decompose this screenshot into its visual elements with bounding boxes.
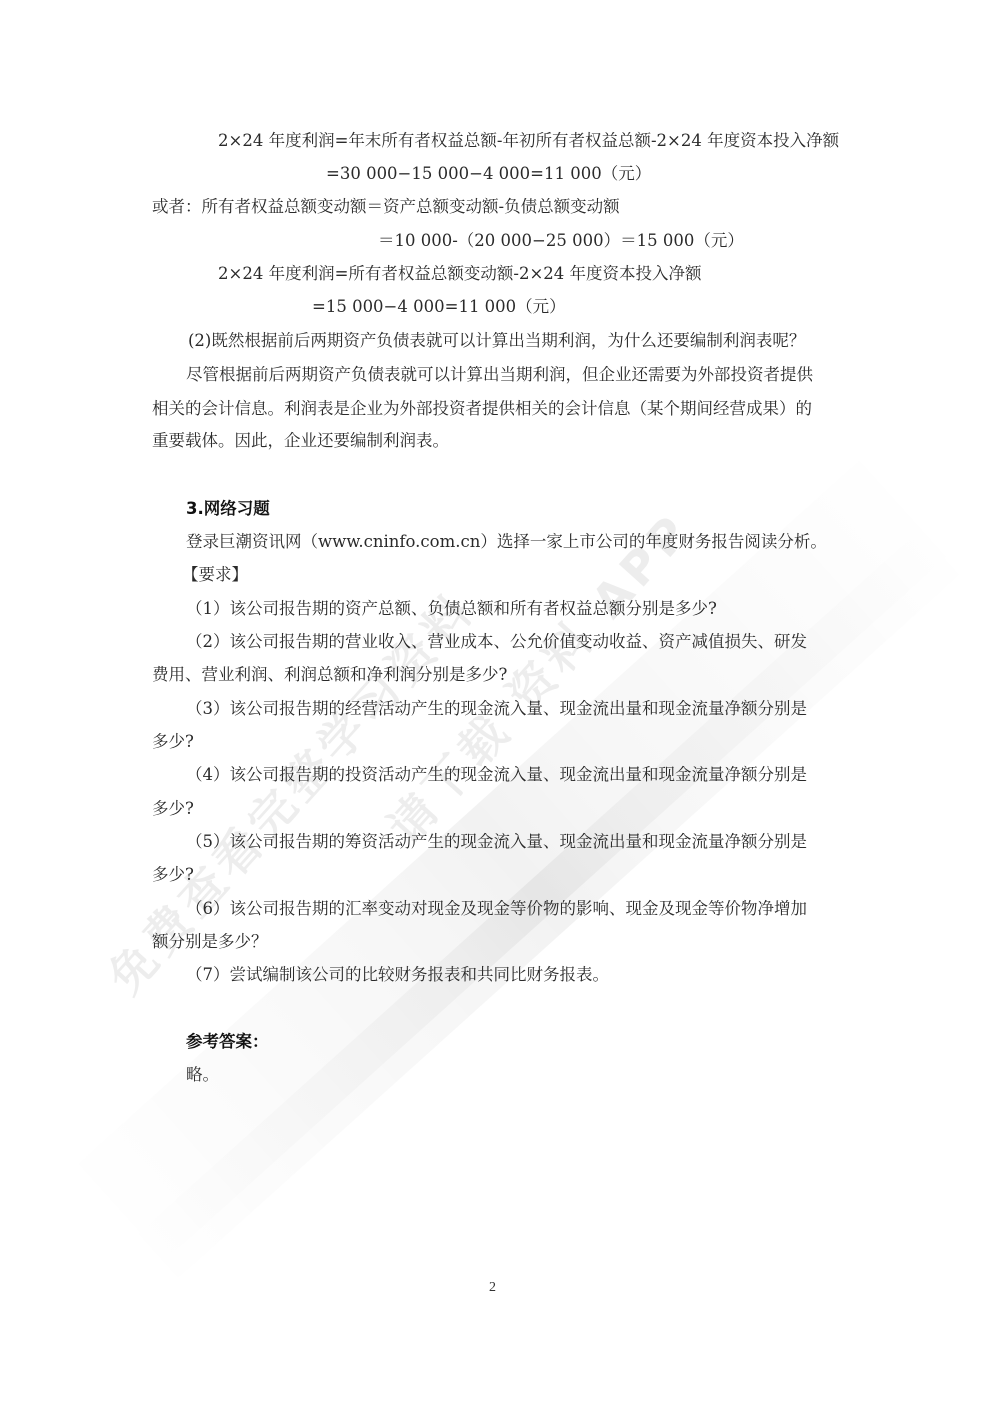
answer-line: 尽管根据前后两期资产负债表就可以计算出当期利润，但企业还需要为外部投资者提供 (186, 364, 813, 386)
section-heading: 3.网络习题 (186, 498, 270, 520)
requirement-item: （6）该公司报告期的汇率变动对现金及现金等价物的影响、现金及现金等价物净增加 (186, 898, 807, 920)
page-number: 2 (489, 1280, 496, 1296)
requirement-item-cont: 额分别是多少？ (152, 931, 268, 953)
requirement-item: （3）该公司报告期的经营活动产生的现金流入量、现金流出量和现金流量净额分别是 (186, 698, 807, 720)
requirement-item-cont: 多少? (152, 864, 194, 886)
calc-line: 或者：所有者权益总额变动额＝资产总额变动额-负债总额变动额 (152, 196, 620, 218)
section-intro: 登录巨潮资讯网（www.cninfo.com.cn）选择一家上市公司的年度财务报… (186, 531, 827, 553)
requirement-item-cont: 多少? (152, 798, 194, 820)
requirement-item: （2）该公司报告期的营业收入、营业成本、公允价值变动收益、资产减值损失、研发 (186, 631, 807, 653)
calc-line: 2×24 年度利润=所有者权益总额变动额-2×24 年度资本投入净额 (218, 263, 702, 285)
calc-line: ＝10 000-（20 000−25 000）＝15 000（元） (378, 230, 744, 252)
requirement-item-cont: 多少? (152, 731, 194, 753)
answer-line: 相关的会计信息。利润表是企业为外部投资者提供相关的会计信息（某个期间经营成果）的 (152, 398, 812, 420)
requirement-item-cont: 费用、营业利润、利润总额和净利润分别是多少? (152, 664, 507, 686)
requirement-item: （7）尝试编制该公司的比较财务报表和共同比财务报表。 (186, 964, 609, 986)
question-title: (2)既然根据前后两期资产负债表就可以计算出当期利润，为什么还要编制利润表呢？ (188, 330, 805, 352)
reference-answer-text: 略。 (186, 1064, 219, 1086)
reference-answer-label: 参考答案： (186, 1031, 269, 1053)
calc-line: =15 000−4 000=11 000（元） (312, 296, 566, 318)
calc-line: 2×24 年度利润=年末所有者权益总额-年初所有者权益总额-2×24 年度资本投… (218, 130, 839, 152)
requirement-item: （1）该公司报告期的资产总额、负债总额和所有者权益总额分别是多少? (186, 598, 717, 620)
document-page: 免费查看完整学习资料 请下载 资料 APP 2×24 年度利润=年末所有者权益总… (0, 0, 993, 1404)
calc-line: =30 000−15 000−4 000=11 000（元） (326, 163, 651, 185)
answer-line: 重要载体。因此，企业还要编制利润表。 (152, 430, 449, 452)
requirement-item: （4）该公司报告期的投资活动产生的现金流入量、现金流出量和现金流量净额分别是 (186, 764, 807, 786)
requirements-label: 【要求】 (182, 564, 248, 586)
requirement-item: （5）该公司报告期的筹资活动产生的现金流入量、现金流出量和现金流量净额分别是 (186, 831, 807, 853)
